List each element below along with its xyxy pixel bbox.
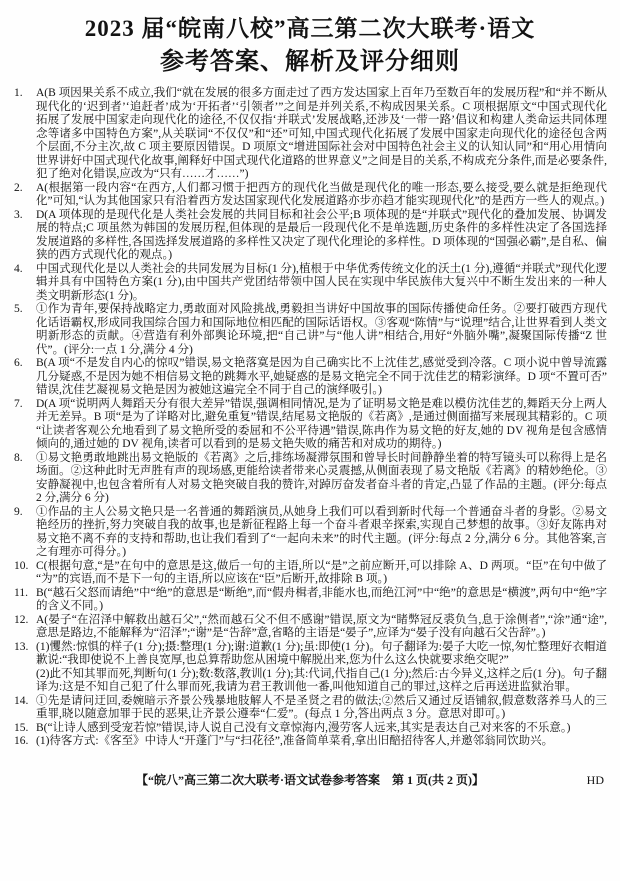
- answer-list: 1.A(B 项因果关系不成立,我们“就在发展的很多方面走过了西方发达国家上百年乃…: [13, 87, 607, 749]
- item-text: ①先是请问迂回,委婉暗示齐景公残暴地肢解人不是圣贤之君的做法;②然后又通过反语铺…: [36, 695, 607, 722]
- item-number: 10.: [14, 560, 28, 574]
- item-text: C(根据句意,“是”在句中的意思是这,做后一句的主语,所以“是”之前应断开,可以…: [36, 560, 607, 587]
- answer-sheet-page: 2023 届“皖南八校”高三第二次大联考·语文 参考答案、解析及评分细则 1.A…: [0, 0, 620, 881]
- answer-item: 3.D(A 项体现的是现代化是人类社会发展的共同目标和社会公平;B 项体现的是“…: [13, 209, 607, 263]
- answer-item: 13.(1)戄然:惊惧的样子(1 分);摄:整理(1 分);谢:道歉(1 分);…: [13, 641, 607, 695]
- item-number: 7.: [14, 398, 23, 412]
- answer-item: 16.(1)待客方式:《客至》中诗人“开蓬门”与“扫花径”,准备简单菜肴,拿出旧…: [13, 735, 607, 749]
- item-text: D(A 项“说明两人舞蹈天分有很大差异”错误,强调相同情况,是为了证明易文艳是难…: [36, 398, 607, 452]
- answer-item: 9.①作品的主人公易文艳只是一名普通的舞蹈演员,从她身上我们可以看到新时代每一个…: [13, 506, 607, 560]
- item-text: A(晏子“在沼泽中解救出越石父”,“然而越石父不但不感谢”错误,原文为“睹弊冠反…: [36, 614, 607, 641]
- page-footer: 【“皖八”高三第二次大联考·语文试卷参考答案 第 1 页(共 2 页)】 HD: [13, 773, 607, 788]
- item-text: B(“让诗人感到受宠若惊”错误,诗人说自己没有文章惊海内,漫劳客人远来,其实是表…: [36, 722, 607, 736]
- answer-item: 6.B(A 项“不是发自内心的惊叹”错误,易文艳落寞是因为自己确实比不上沈佳艺,…: [13, 357, 607, 398]
- item-text: D(A 项体现的是现代化是人类社会发展的共同目标和社会公平;B 项体现的是“并联…: [36, 209, 607, 263]
- item-text: ①作为青年,要保持战略定力,勇敢面对风险挑战,勇毅担当讲好中国故事的国际传播使命…: [36, 303, 607, 357]
- answer-item: 11.B(“越石父怒而请绝”中“绝”的意思是“断绝”,而“假舟楫者,非能水也,而…: [13, 587, 607, 614]
- item-text: 中国式现代化是以人类社会的共同发展为目标(1 分),植根于中华优秀传统文化的沃土…: [36, 263, 607, 304]
- item-text: B(A 项“不是发自内心的惊叹”错误,易文艳落寞是因为自己确实比不上沈佳艺,感觉…: [36, 357, 607, 398]
- answer-item: 5.①作为青年,要保持战略定力,勇敢面对风险挑战,勇毅担当讲好中国故事的国际传播…: [13, 303, 607, 357]
- answer-item: 14.①先是请问迂回,委婉暗示齐景公残暴地肢解人不是圣贤之君的做法;②然后又通过…: [13, 695, 607, 722]
- item-number: 13.: [14, 641, 28, 655]
- item-number: 11.: [14, 587, 28, 601]
- answer-item: 12.A(晏子“在沼泽中解救出越石父”,“然而越石父不但不感谢”错误,原文为“睹…: [13, 614, 607, 641]
- item-number: 3.: [14, 209, 23, 223]
- item-text: A(根据第一段内容“在西方,人们都习惯于把西方的现代化当做是现代化的唯一形态,要…: [36, 182, 607, 209]
- item-text: (1)戄然:惊惧的样子(1 分);摄:整理(1 分);谢:道歉(1 分);虽:即…: [36, 641, 607, 668]
- answer-item: 10.C(根据句意,“是”在句中的意思是这,做后一句的主语,所以“是”之前应断开…: [13, 560, 607, 587]
- item-number: 16.: [14, 735, 28, 749]
- answer-item: 2.A(根据第一段内容“在西方,人们都习惯于把西方的现代化当做是现代化的唯一形态…: [13, 182, 607, 209]
- item-text: A(B 项因果关系不成立,我们“就在发展的很多方面走过了西方发达国家上百年乃至数…: [36, 87, 607, 182]
- answer-item: 7.D(A 项“说明两人舞蹈天分有很大差异”错误,强调相同情况,是为了证明易文艳…: [13, 398, 607, 452]
- answer-item: 1.A(B 项因果关系不成立,我们“就在发展的很多方面走过了西方发达国家上百年乃…: [13, 87, 607, 182]
- answer-item: 15.B(“让诗人感到受宠若惊”错误,诗人说自己没有文章惊海内,漫劳客人远来,其…: [13, 722, 607, 736]
- item-number: 8.: [14, 452, 23, 466]
- item-text: ①易文艳勇敢地跳出易文艳版的《若离》之后,排练场凝滞氛围和曾导长时间静静坐着的特…: [36, 452, 607, 506]
- item-number: 6.: [14, 357, 23, 371]
- page-title-line2: 参考答案、解析及评分细则: [13, 48, 607, 76]
- item-number: 1.: [14, 87, 23, 101]
- footer-title: 【“皖八”高三第二次大联考·语文试卷参考答案 第 1 页(共 2 页)】: [136, 773, 484, 787]
- answer-item: 8.①易文艳勇敢地跳出易文艳版的《若离》之后,排练场凝滞氛围和曾导长时间静静坐着…: [13, 452, 607, 506]
- page-title-line1: 2023 届“皖南八校”高三第二次大联考·语文: [13, 15, 607, 43]
- item-text: (2)此不知其罪而死,判断句(1 分);数:数落,教训(1 分);其:代词,代指…: [36, 668, 607, 695]
- item-text: ①作品的主人公易文艳只是一名普通的舞蹈演员,从她身上我们可以看到新时代每一个普通…: [36, 506, 607, 560]
- item-number: 5.: [14, 303, 23, 317]
- item-text: B(“越石父怒而请绝”中“绝”的意思是“断绝”,而“假舟楫者,非能水也,而绝江河…: [36, 587, 607, 614]
- item-number: 4.: [14, 263, 23, 277]
- item-number: 12.: [14, 614, 28, 628]
- footer-code: HD: [587, 773, 604, 788]
- item-number: 15.: [14, 722, 28, 736]
- item-number: 2.: [14, 182, 23, 196]
- item-number: 14.: [14, 695, 28, 709]
- item-text: (1)待客方式:《客至》中诗人“开蓬门”与“扫花径”,准备简单菜肴,拿出旧醅招待…: [36, 735, 607, 749]
- item-number: 9.: [14, 506, 23, 520]
- answer-item: 4.中国式现代化是以人类社会的共同发展为目标(1 分),植根于中华优秀传统文化的…: [13, 263, 607, 304]
